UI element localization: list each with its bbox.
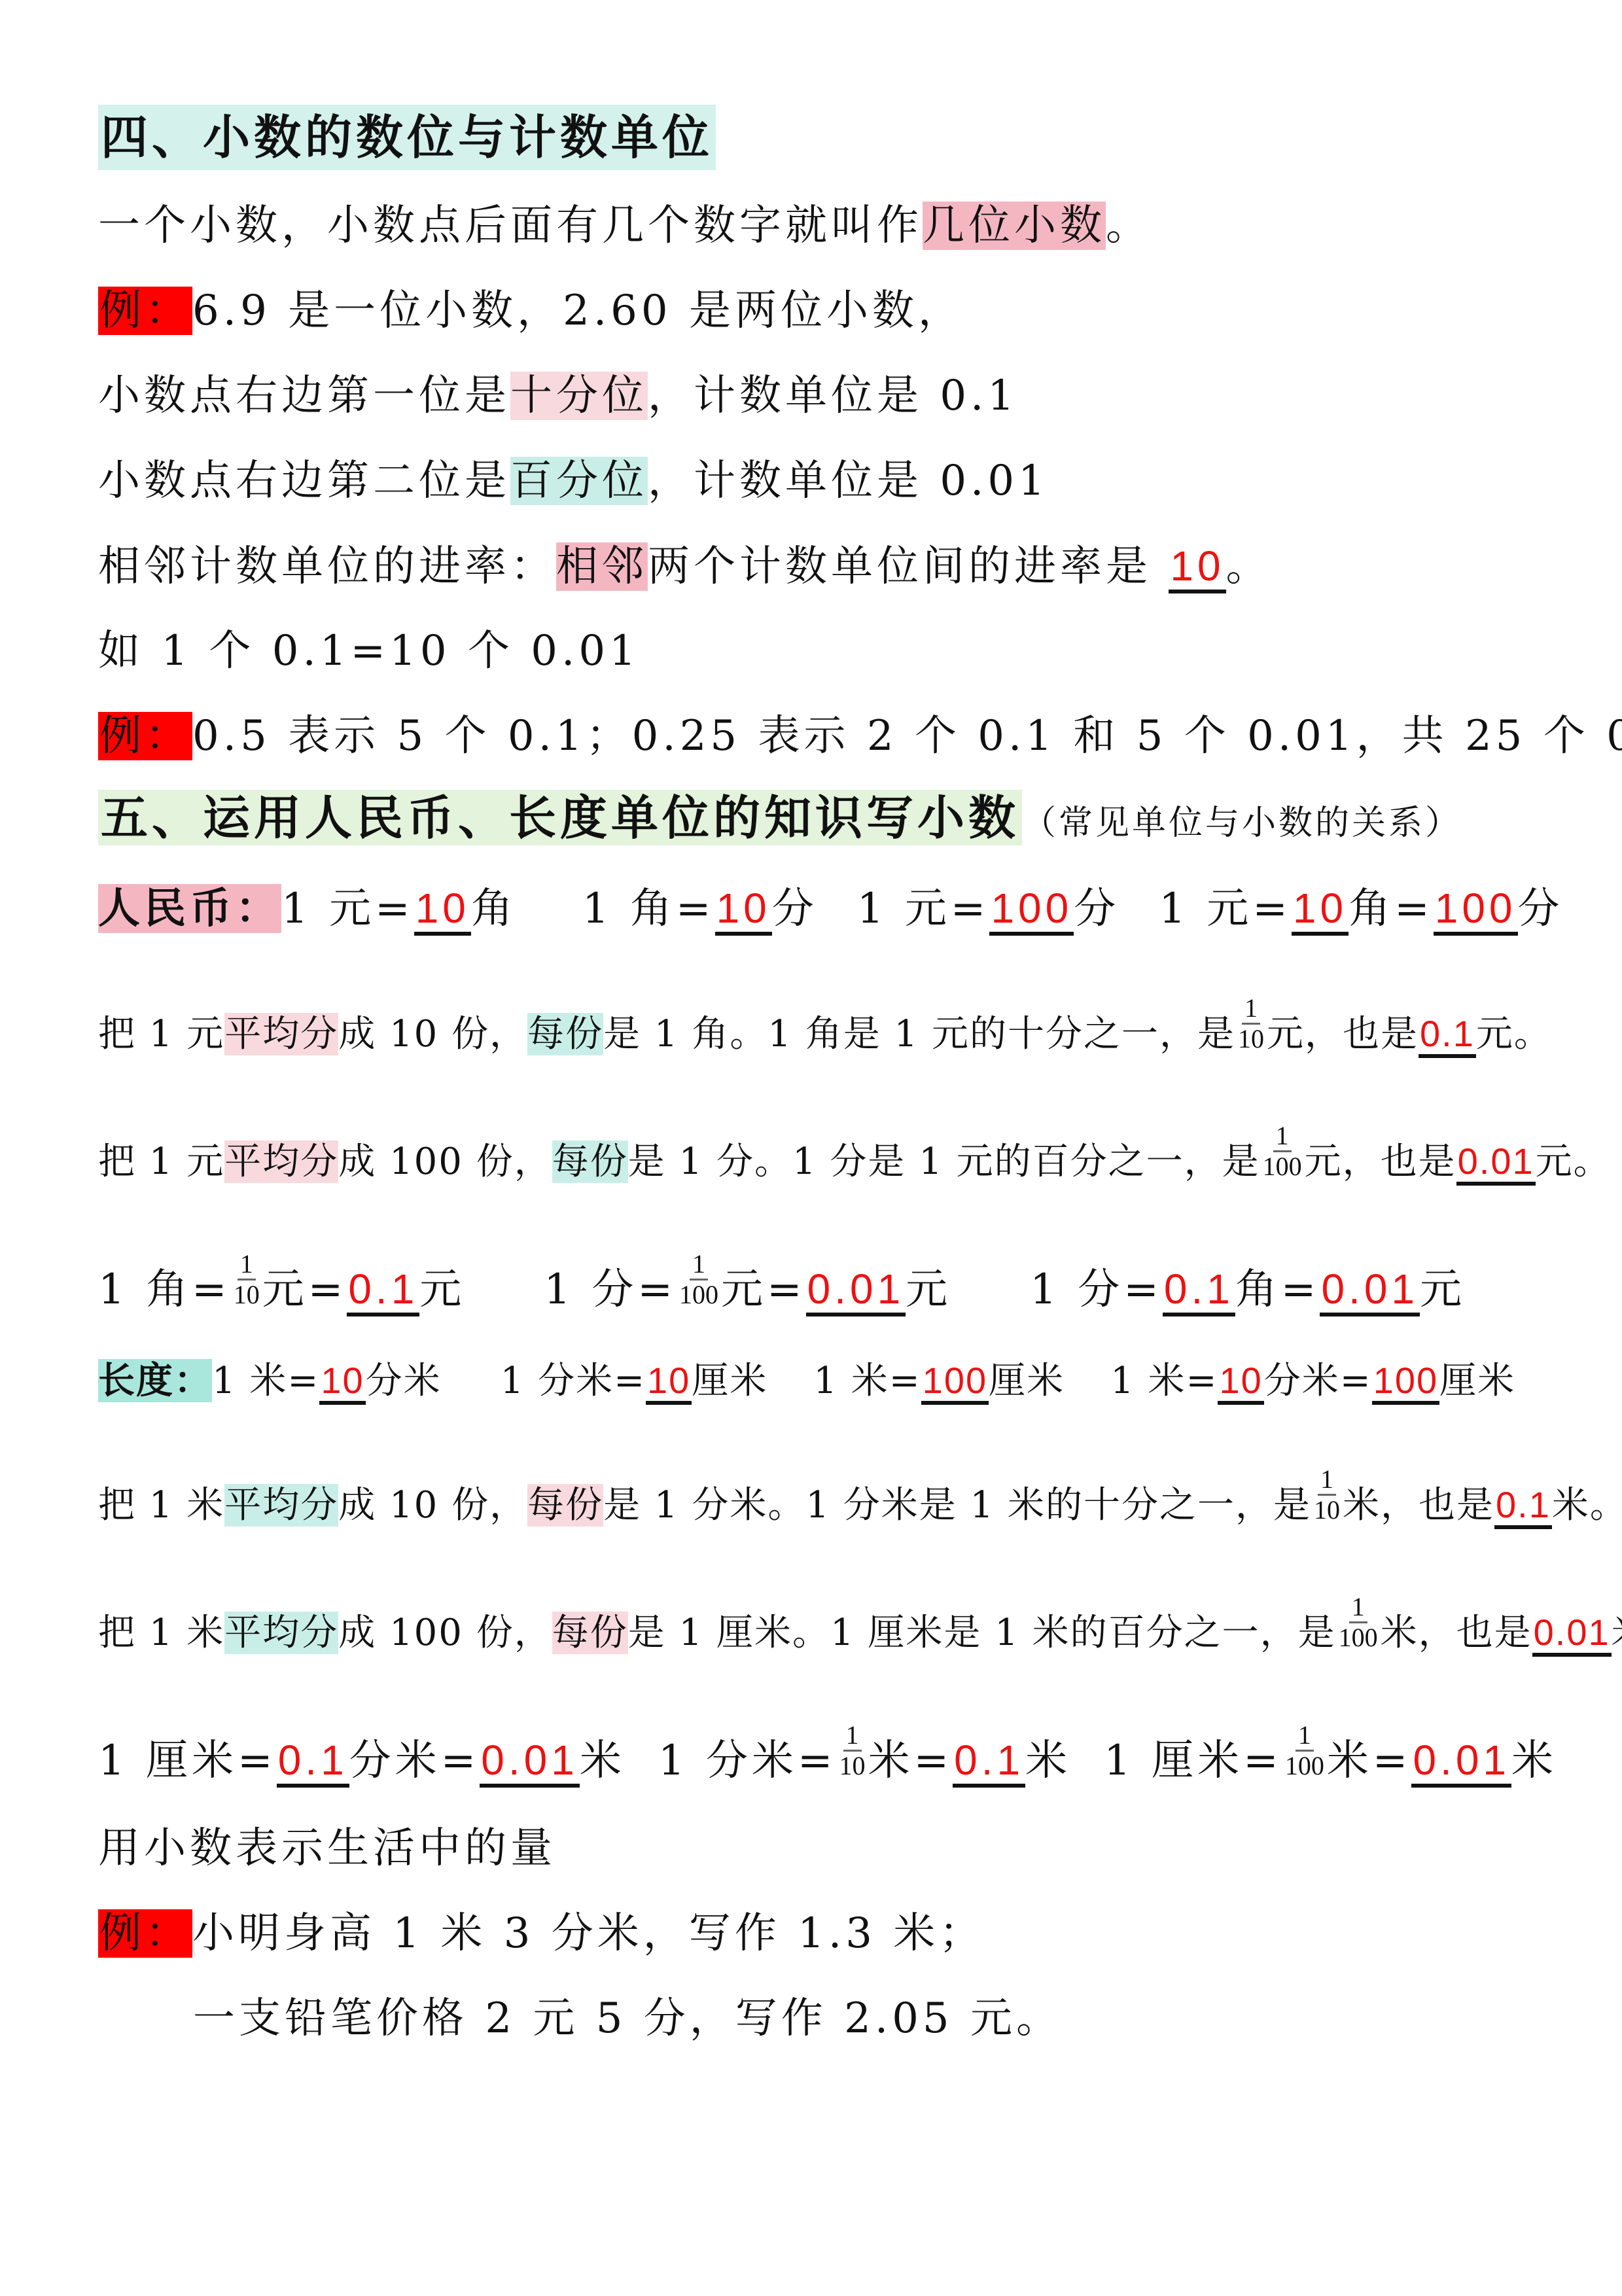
rate-line: 相邻计数单位的进率：相邻两个计数单位间的进率是 10。 (98, 535, 1272, 598)
denominator: 10 (839, 1752, 866, 1780)
denominator: 100 (1285, 1752, 1324, 1780)
eq-text: 1 角= (582, 885, 715, 933)
denominator: 10 (234, 1280, 260, 1309)
answer-blank: 0.1 (347, 1265, 419, 1316)
eq-unit: 角 (471, 885, 517, 933)
text: 元。 (1476, 1013, 1552, 1055)
answer-blank: 0.1 (1419, 1013, 1476, 1058)
fraction: 110 (839, 1721, 866, 1780)
text: 把 1 米 (98, 1612, 224, 1654)
answer-blank: 0.01 (1456, 1140, 1536, 1186)
eq-text: 1 米= (212, 1360, 319, 1402)
numerator: 1 (843, 1721, 862, 1752)
eq-unit: 分 (1074, 885, 1120, 933)
fraction: 1100 (1285, 1721, 1324, 1780)
eq-text: 角= (1349, 885, 1434, 933)
example-label: 例： (98, 1909, 192, 1958)
eq-unit: 分 (1518, 885, 1564, 933)
length-hundredth-explanation: 把 1 米平均分成 100 份，每份是 1 厘米。1 厘米是 1 米的百分之一，… (98, 1574, 1622, 1692)
text: 元，也是 (1267, 1013, 1419, 1055)
highlight-tenths: 十分位 (510, 372, 648, 420)
text: 把 1 元 (98, 1140, 224, 1183)
numerator: 1 (1296, 1721, 1314, 1752)
section5-subtitle: （常见单位与小数的关系） (1022, 804, 1462, 843)
answer-blank: 0.1 (277, 1737, 349, 1788)
answer-blank: 10 (1169, 542, 1225, 593)
answer-blank: 100 (1372, 1360, 1439, 1405)
eq-text: 分米= (1264, 1360, 1372, 1402)
rmb-tenth-explanation: 把 1 元平均分成 10 份，每份是 1 角。1 角是 1 元的十分之一，是11… (98, 975, 1552, 1093)
hundredths-place-line: 小数点右边第二位是百分位，计数单位是 0.01 (98, 450, 1049, 512)
eq-unit: 分米 (366, 1360, 442, 1402)
section4-heading: 四、小数的数位与计数单位 (98, 105, 716, 170)
text: 米 (1511, 1737, 1557, 1785)
rate-text: 两个计数单位间的进率是 (648, 542, 1169, 591)
example-1: 例：6.9 是一位小数，2.60 是两位小数， (98, 279, 964, 342)
text: 是 1 分米。1 分米是 1 米的十分之一，是 (603, 1484, 1311, 1527)
text: 米= (868, 1737, 953, 1785)
eq-unit: 厘米 (1439, 1360, 1515, 1402)
rate-label: 相邻计数单位的进率： (98, 542, 556, 591)
denominator: 100 (679, 1280, 718, 1309)
highlight-each-part: 每份 (527, 1013, 603, 1055)
highlight-equal-division: 平均分 (224, 1140, 338, 1183)
text: 1 分= (544, 1265, 677, 1314)
answer-blank: 0.01 (1411, 1737, 1511, 1788)
highlight-each-part: 每份 (552, 1140, 628, 1183)
answer-blank: 100 (921, 1360, 989, 1405)
eq-unit: 分 (772, 885, 818, 933)
rmb-label: 人民币： (98, 884, 281, 933)
eq-unit: 厘米 (692, 1360, 767, 1402)
text: 1 分米= (658, 1737, 837, 1785)
text: 把 1 米 (98, 1484, 224, 1527)
text: 1 角= (98, 1265, 231, 1314)
eq-unit: 厘米 (989, 1360, 1065, 1402)
tenths-unit: ，计数单位是 0.1 (648, 372, 1018, 420)
tenths-text: 小数点右边第一位是 (98, 372, 510, 420)
example-2: 例：0.5 表示 5 个 0.1；0.25 表示 2 个 0.1 和 5 个 0… (98, 705, 1622, 768)
text: 成 10 份， (338, 1484, 527, 1527)
denominator: 100 (1263, 1152, 1302, 1181)
text: 元。 (1536, 1140, 1612, 1183)
answer-blank: 0.1 (1494, 1484, 1552, 1529)
rmb-equations: 人民币：1 元=10角1 角=10分1 元=100分1 元=10角=100分 (98, 877, 1564, 940)
answer-blank: 10 (1218, 1360, 1263, 1405)
eq-text: 1 米= (813, 1360, 921, 1402)
rate-end: 。 (1226, 542, 1272, 591)
example-text: 6.9 是一位小数，2.60 是两位小数， (192, 287, 964, 335)
answer-blank: 10 (646, 1360, 692, 1405)
denominator: 10 (1238, 1025, 1264, 1053)
numerator: 1 (1318, 1465, 1336, 1496)
highlight-equal-division: 平均分 (224, 1612, 338, 1654)
text: 成 100 份， (338, 1612, 552, 1654)
decimal-places-definition: 一个小数，小数点后面有几个数字就叫作几位小数。 (98, 194, 1152, 257)
example-label: 例： (98, 287, 192, 335)
answer-blank: 0.01 (806, 1265, 906, 1316)
eq-text: 1 米= (1110, 1360, 1218, 1402)
highlight-each-part: 每份 (552, 1612, 628, 1654)
text: 1 厘米= (1104, 1737, 1282, 1785)
text: 米 (1025, 1737, 1071, 1785)
length-conversions: 1 厘米=0.1分米=0.01米1 分米=110米=0.1米1 厘米=1100米… (98, 1701, 1557, 1820)
example-3: 例：小明身高 1 米 3 分米，写作 1.3 米； (98, 1902, 985, 1965)
highlight-hundredths: 百分位 (510, 457, 648, 505)
length-label: 长度： (98, 1359, 212, 1402)
denominator: 10 (1314, 1496, 1340, 1525)
answer-blank: 10 (414, 885, 471, 936)
highlight-equal-division: 平均分 (224, 1484, 338, 1527)
fraction: 110 (1238, 994, 1264, 1053)
text: 米，也是 (1381, 1612, 1532, 1654)
text: 成 100 份， (338, 1140, 552, 1183)
text: 元，也是 (1305, 1140, 1456, 1183)
definition-text: 一个小数，小数点后面有几个数字就叫作 (98, 202, 923, 250)
life-quantities-title: 用小数表示生活中的量 (98, 1817, 556, 1880)
text: 是 1 分。1 分是 1 元的百分之一，是 (628, 1140, 1260, 1183)
highlight-each-part: 每份 (527, 1484, 603, 1527)
answer-blank: 0.01 (1320, 1265, 1420, 1316)
eq-text: 1 元= (857, 885, 990, 933)
answer-blank: 10 (1292, 885, 1349, 936)
text: 米 (580, 1737, 626, 1785)
fraction: 110 (1314, 1465, 1340, 1525)
hundredths-text: 小数点右边第二位是 (98, 457, 510, 505)
text: 米= (1327, 1737, 1412, 1785)
text: 角= (1235, 1265, 1320, 1314)
numerator: 1 (1349, 1593, 1367, 1623)
tenths-place-line: 小数点右边第一位是十分位，计数单位是 0.1 (98, 364, 1018, 427)
hundredths-unit: ，计数单位是 0.01 (648, 457, 1049, 505)
answer-blank: 0.1 (1163, 1265, 1235, 1316)
text: 是 1 厘米。1 厘米是 1 米的百分之一，是 (628, 1612, 1336, 1654)
numerator: 1 (690, 1250, 708, 1280)
example-text: 0.5 表示 5 个 0.1；0.25 表示 2 个 0.1 和 5 个 0.0… (192, 712, 1622, 760)
fraction: 1100 (1339, 1593, 1378, 1652)
text: 元 (1420, 1265, 1466, 1314)
eq-text: 1 分米= (501, 1360, 646, 1402)
answer-blank: 100 (1434, 885, 1518, 936)
text: 1 分= (1030, 1265, 1163, 1314)
fraction: 1100 (679, 1250, 718, 1309)
highlight-equal-division: 平均分 (224, 1013, 338, 1055)
rmb-hundredth-explanation: 把 1 元平均分成 100 份，每份是 1 分。1 分是 1 元的百分之一，是1… (98, 1103, 1612, 1221)
such-as-line: 如 1 个 0.1=10 个 0.01 (98, 620, 640, 682)
fraction: 110 (234, 1250, 260, 1309)
fraction: 1100 (1263, 1122, 1302, 1181)
text: 米。 (1552, 1484, 1622, 1527)
answer-blank: 100 (989, 885, 1074, 936)
example-4: 一支铅笔价格 2 元 5 分，写作 2.05 元。 (193, 1987, 1062, 2050)
text: 元 (906, 1265, 951, 1314)
answer-blank: 0.1 (953, 1737, 1025, 1788)
denominator: 100 (1339, 1623, 1378, 1652)
eq-text: 1 元= (1159, 885, 1292, 933)
definition-end: 。 (1106, 202, 1152, 250)
text: 把 1 元 (98, 1013, 224, 1055)
highlight-decimal-places: 几位小数 (923, 202, 1106, 250)
numerator: 1 (238, 1250, 256, 1280)
answer-blank: 0.01 (1532, 1612, 1612, 1657)
numerator: 1 (1242, 994, 1260, 1025)
rmb-conversions: 1 角=110元=0.1元1 分=1100元=0.01元1 分=0.1角=0.0… (98, 1230, 1466, 1349)
eq-text: 1 元= (281, 885, 414, 933)
text: 元= (721, 1265, 806, 1314)
text: 成 10 份， (338, 1013, 527, 1055)
length-tenth-explanation: 把 1 米平均分成 10 份，每份是 1 分米。1 分米是 1 米的十分之一，是… (98, 1446, 1622, 1564)
section5-heading-row: 五、运用人民币、长度单位的知识写小数（常见单位与小数的关系） (98, 785, 1462, 855)
answer-blank: 0.01 (480, 1737, 580, 1788)
text: 是 1 角。1 角是 1 元的十分之一，是 (603, 1013, 1235, 1055)
text: 分米= (349, 1737, 480, 1785)
text: 米。 (1612, 1612, 1622, 1654)
example-label: 例： (98, 712, 192, 760)
highlight-adjacent: 相邻 (556, 542, 648, 591)
example-text: 小明身高 1 米 3 分米，写作 1.3 米； (192, 1909, 985, 1958)
answer-blank: 10 (715, 885, 772, 936)
numerator: 1 (1273, 1122, 1292, 1152)
text: 米，也是 (1343, 1484, 1494, 1527)
text: 元= (262, 1265, 347, 1314)
length-equations: 长度：1 米=10分米1 分米=10厘米1 米=100厘米1 米=10分米=10… (98, 1349, 1515, 1413)
text: 元 (419, 1265, 465, 1314)
section5-heading: 五、运用人民币、长度单位的知识写小数 (98, 790, 1022, 845)
answer-blank: 10 (319, 1360, 365, 1405)
text: 1 厘米= (98, 1737, 277, 1785)
